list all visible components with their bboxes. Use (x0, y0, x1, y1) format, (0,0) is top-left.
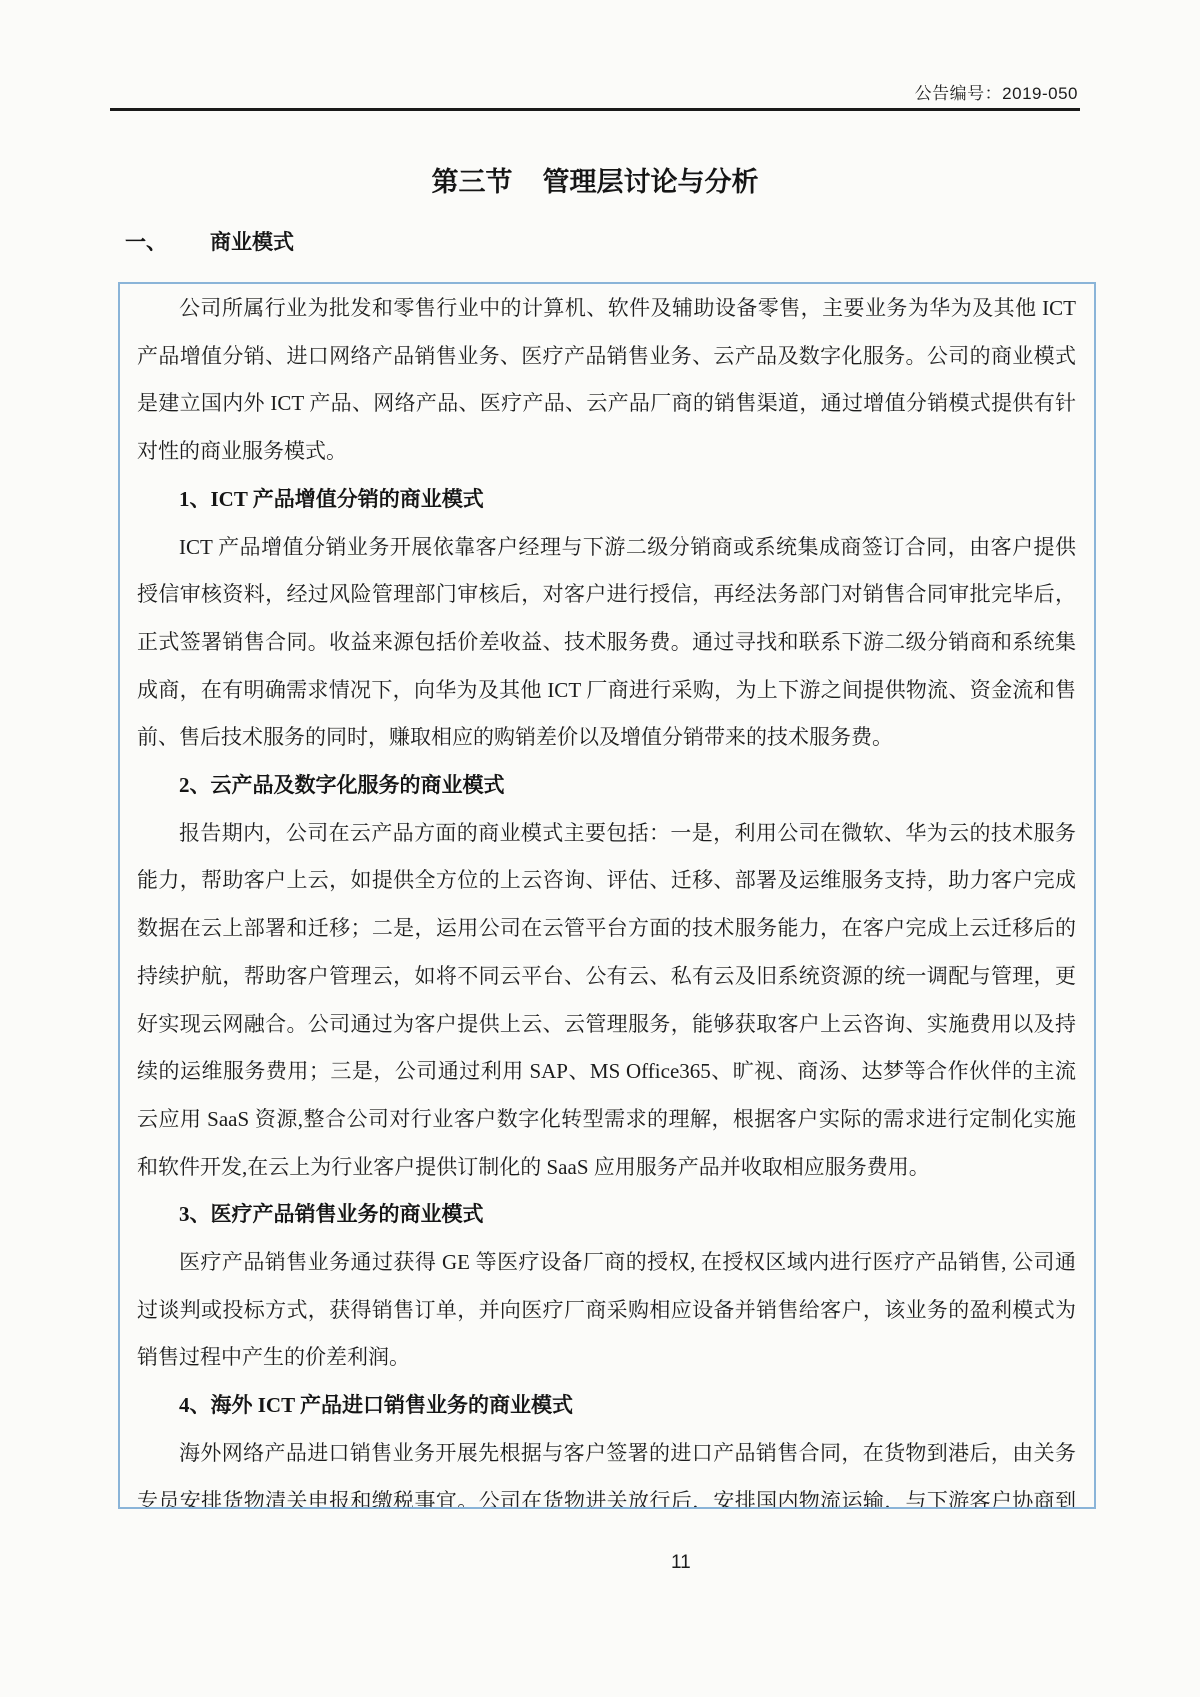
paragraph: 公司所属行业为批发和零售行业中的计算机、软件及辅助设备零售，主要业务为华为及其他… (137, 285, 1076, 476)
section-heading-number: 一、 (125, 230, 167, 254)
page-title-text: 管理层讨论与分析 (543, 167, 759, 197)
business-model-box: 公司所属行业为批发和零售行业中的计算机、软件及辅助设备零售，主要业务为华为及其他… (118, 282, 1096, 1509)
notice-number: 公告编号：2019-050 (915, 79, 1078, 104)
sub-heading: 1、ICT 产品增值分销的商业模式 (137, 476, 1076, 524)
page-number: 11 (671, 1552, 691, 1574)
sub-heading: 3、医疗产品销售业务的商业模式 (137, 1191, 1076, 1239)
paragraph: 海外网络产品进口销售业务开展先根据与客户签署的进口产品销售合同，在货物到港后，由… (137, 1430, 1076, 1509)
page-title: 第三节管理层讨论与分析 (110, 160, 1080, 199)
section-heading-text: 商业模式 (210, 230, 294, 254)
paragraph: ICT 产品增值分销业务开展依靠客户经理与下游二级分销商或系统集成商签订合同，由… (137, 524, 1076, 763)
page-title-section-number: 第三节 (432, 167, 513, 197)
sub-heading: 2、云产品及数字化服务的商业模式 (137, 762, 1076, 810)
sub-heading: 4、海外 ICT 产品进口销售业务的商业模式 (137, 1382, 1076, 1430)
paragraph: 医疗产品销售业务通过获得 GE 等医疗设备厂商的授权, 在授权区域内进行医疗产品… (137, 1239, 1076, 1382)
paragraph: 报告期内，公司在云产品方面的商业模式主要包括：一是，利用公司在微软、华为云的技术… (137, 810, 1076, 1192)
header-rule (110, 108, 1080, 111)
section-heading: 一、商业模式 (125, 226, 294, 256)
document-page: 公告编号：2019-050 第三节管理层讨论与分析 一、商业模式 公司所属行业为… (0, 0, 1200, 1697)
